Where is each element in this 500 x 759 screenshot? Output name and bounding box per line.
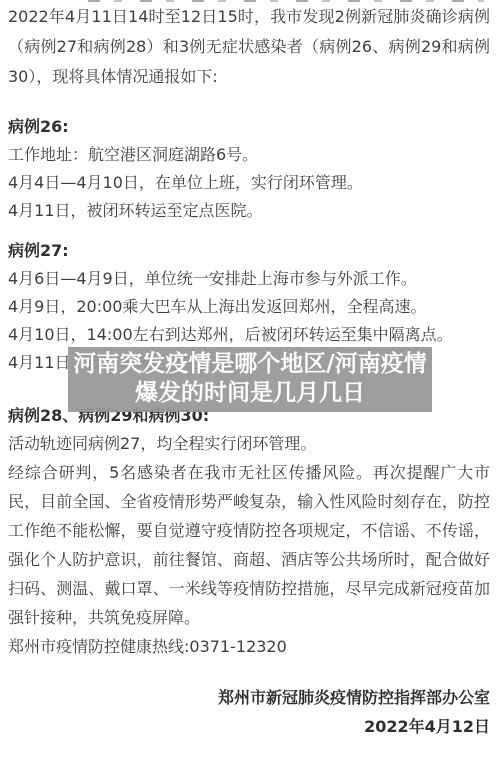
case-28-29-30-line: 活动轨迹同病例27，均全程实行闭环管理。 — [8, 430, 490, 458]
intro-paragraph: 2022年4月11日14时至12日15时，我市发现2例新冠肺炎确诊病例（病例27… — [8, 2, 490, 92]
case-27-heading: 病例27: — [8, 237, 490, 265]
case-27-line: 4月6日—4月9日，单位统一安排赴上海市参与外派工作。 — [8, 265, 490, 293]
signature-org: 郑州市新冠肺炎疫情防控指挥部办公室 — [8, 683, 490, 712]
cropped-line-remnant — [88, 0, 484, 2]
watermark-title-overlay: 河南突发疫情是哪个地区/河南疫情爆发的时间是几月几日 — [68, 347, 432, 412]
case-26-line: 4月4日—4月10日，在单位上班，实行闭环管理。 — [8, 169, 490, 197]
signature-block: 郑州市新冠肺炎疫情防控指挥部办公室 2022年4月12日 — [8, 683, 490, 741]
case-26-section: 病例26: 工作地址：航空港区洞庭湖路6号。 4月4日—4月10日，在单位上班，… — [8, 113, 490, 225]
signature-date: 2022年4月12日 — [8, 712, 490, 741]
hotline-text: 郑州市疫情防控健康热线:0371-12320 — [8, 632, 490, 661]
case-26-heading: 病例26: — [8, 113, 490, 141]
case-26-line: 工作地址：航空港区洞庭湖路6号。 — [8, 141, 490, 169]
case-26-line: 4月11日，被闭环转运至定点医院。 — [8, 197, 490, 225]
watermark-title-text: 河南突发疫情是哪个地区/河南疫情爆发的时间是几月几日 — [73, 351, 426, 406]
advisory-paragraph: 经综合研判，5名感染者在我市无社区传播风险。再次提醒广大市民，目前全国、全省疫情… — [8, 458, 490, 632]
case-27-line: 4月10日，14:00左右到达郑州，后被闭环转运至集中隔离点。 — [8, 321, 490, 349]
case-27-line: 4月9日，20:00乘大巴车从上海出发返回郑州，全程高速。 — [8, 293, 490, 321]
